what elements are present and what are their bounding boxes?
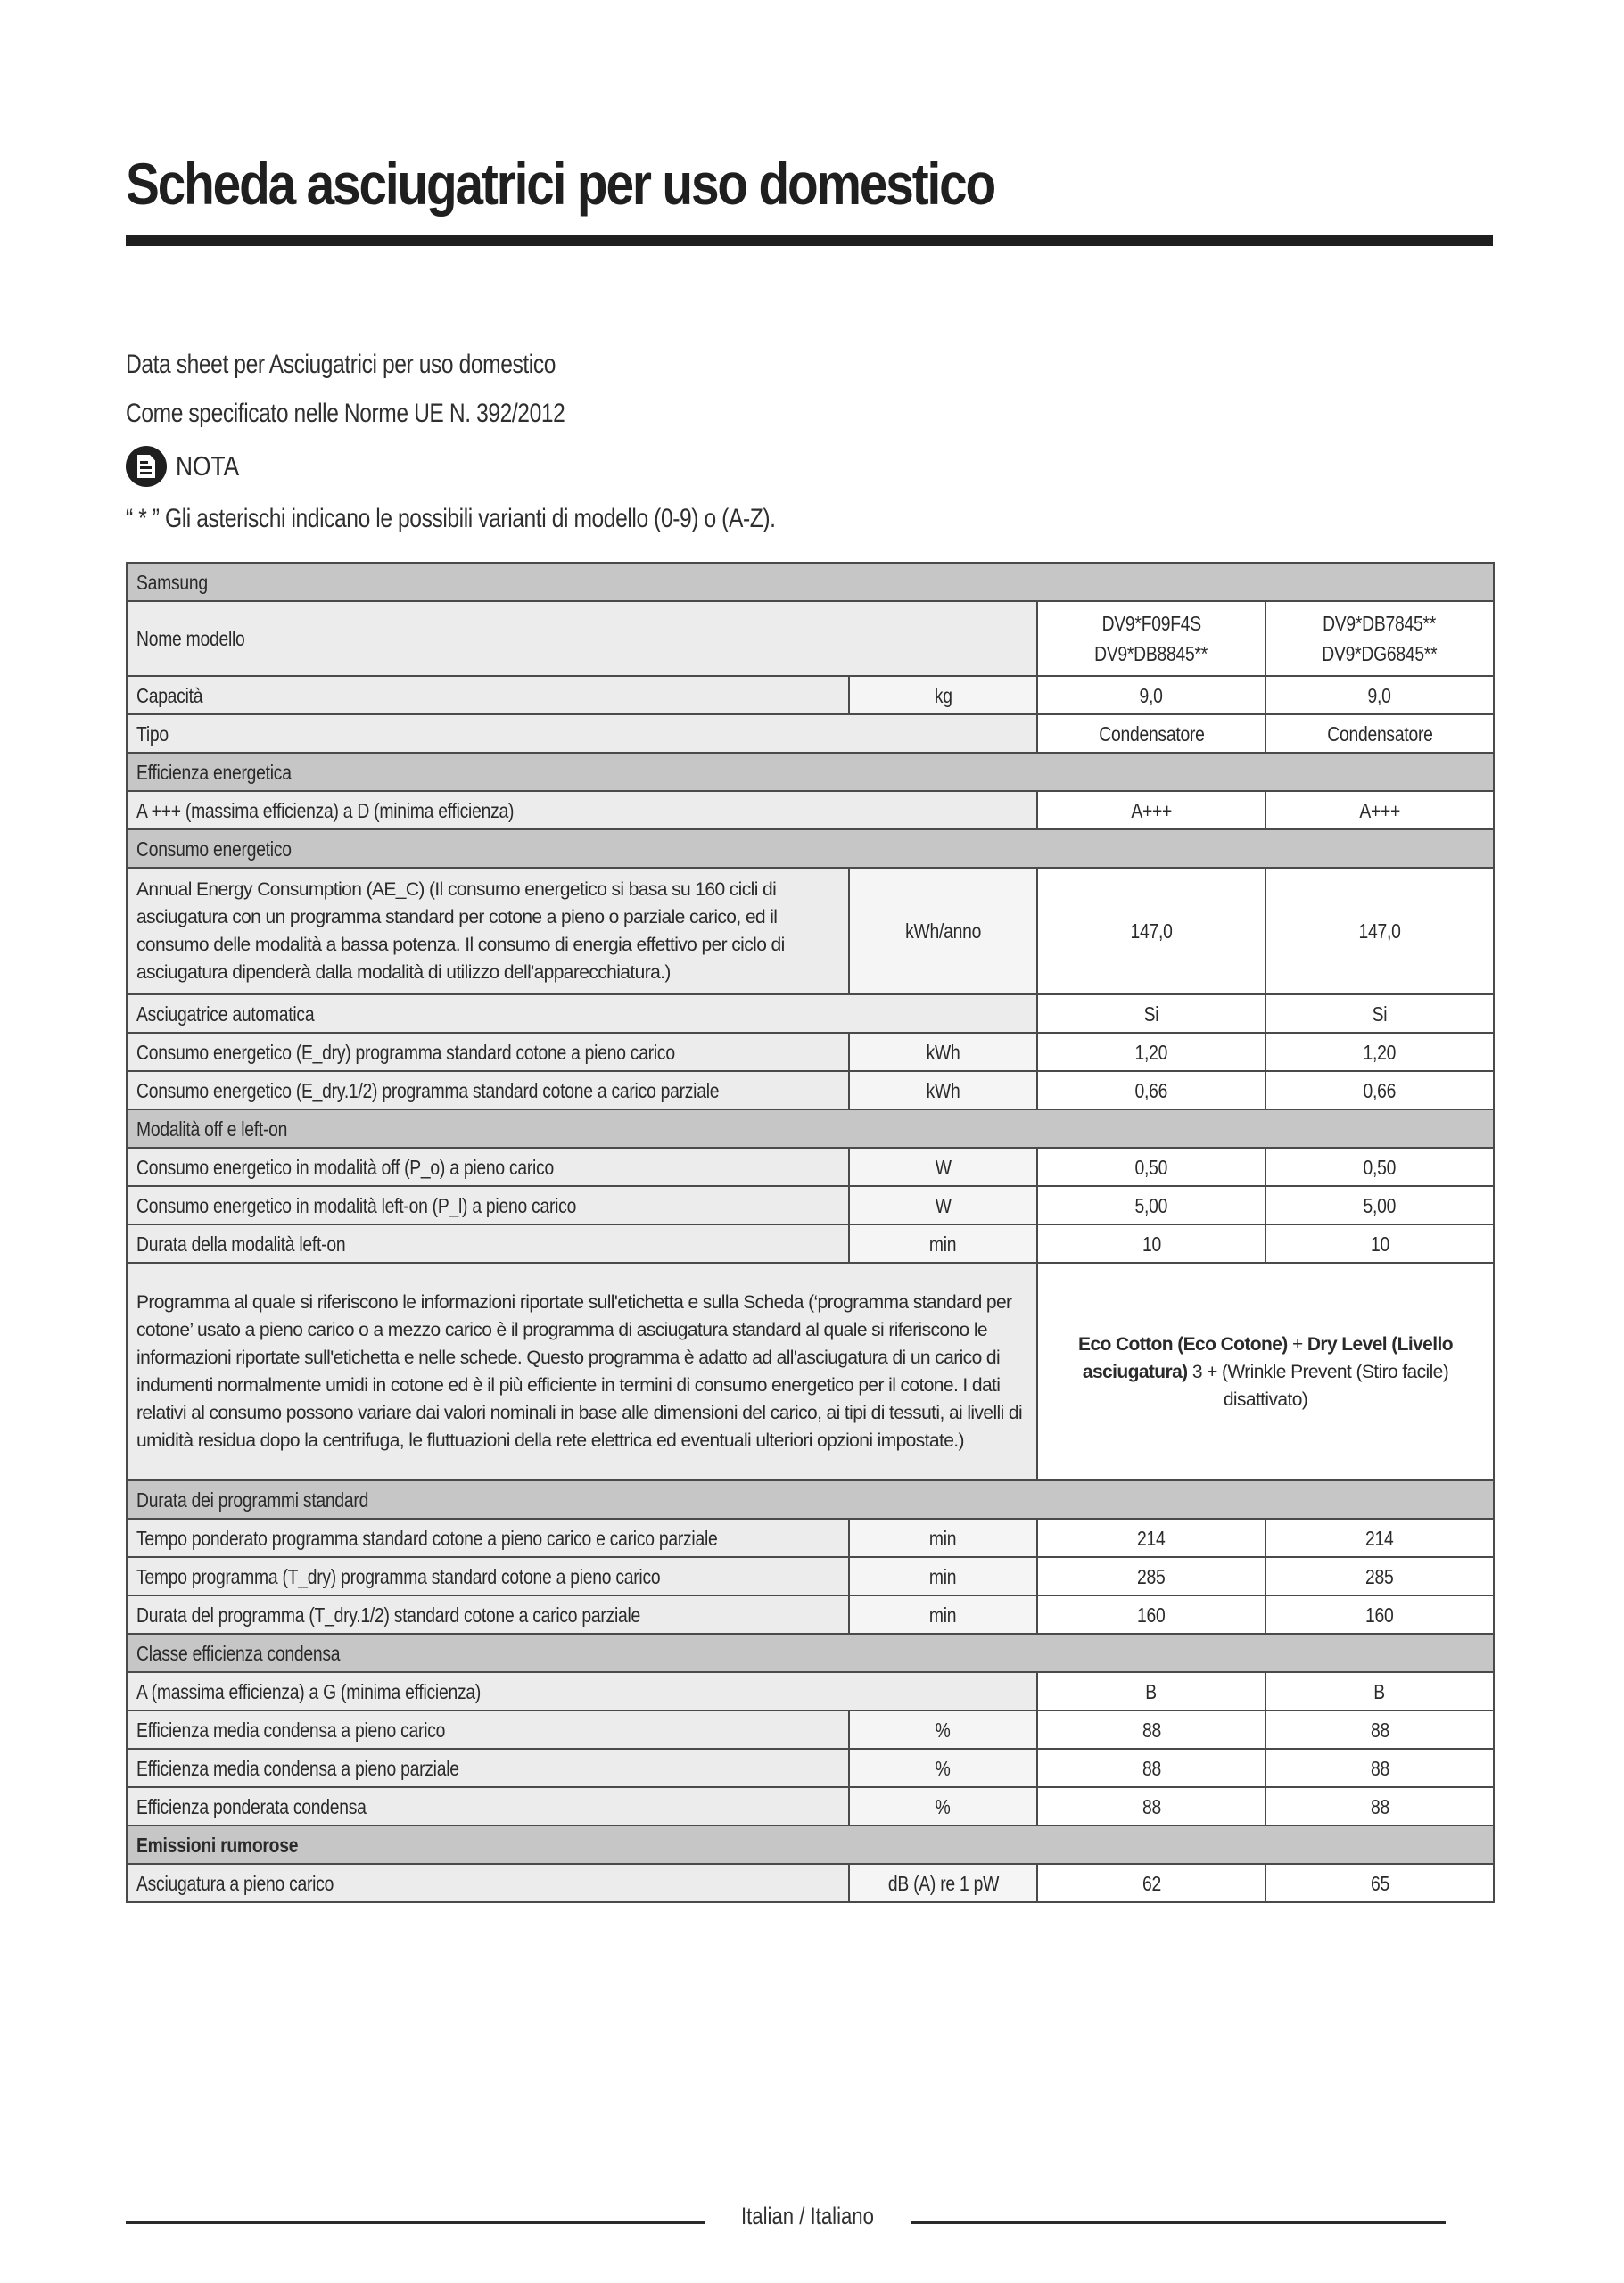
- row-unit: kWh/anno: [905, 916, 981, 946]
- row-label: A +++ (massima efficienza) a D (minima e…: [136, 795, 514, 826]
- row-value-2: 88: [1371, 1715, 1389, 1745]
- footer-rule-right: [911, 2221, 1446, 2224]
- table-row-model: Nome modello DV9*F09F4SDV9*DB8845** DV9*…: [127, 601, 1494, 676]
- row-value-1: Si: [1144, 999, 1159, 1029]
- row-value-2: B: [1374, 1677, 1386, 1707]
- row-label: Capacità: [136, 680, 202, 711]
- row-value-1: 9,0: [1140, 680, 1163, 711]
- row-value-2: 1,20: [1364, 1037, 1397, 1067]
- section-label: Classe efficienza condensa: [136, 1638, 340, 1669]
- row-value-1: 88: [1142, 1792, 1160, 1822]
- row-value-1: Condensatore: [1099, 719, 1204, 749]
- row-value-2: 88: [1371, 1792, 1389, 1822]
- table-row: Tipo Condensatore Condensatore: [127, 714, 1494, 753]
- row-value-2: 5,00: [1364, 1191, 1397, 1221]
- row-value-2: 160: [1365, 1600, 1393, 1630]
- row-label: Durata del programma (T_dry.1/2) standar…: [136, 1600, 640, 1630]
- table-row: Consumo energetico in modalità left-on (…: [127, 1186, 1494, 1224]
- row-unit: %: [936, 1753, 951, 1784]
- row-value-2: 88: [1371, 1753, 1389, 1784]
- section-row: Classe efficienza condensa: [127, 1634, 1494, 1672]
- title-underline: [126, 235, 1493, 246]
- row-label: Asciugatrice automatica: [136, 999, 314, 1029]
- section-row: Consumo energetico: [127, 829, 1494, 868]
- model-1-line-1: DV9*F09F4S: [1101, 608, 1200, 639]
- row-value-1: 5,00: [1135, 1191, 1168, 1221]
- row-value-2: 10: [1371, 1229, 1389, 1259]
- table-row: Tempo programma (T_dry) programma standa…: [127, 1557, 1494, 1595]
- row-label: Durata della modalità left-on: [136, 1229, 345, 1259]
- row-label: Consumo energetico in modalità off (P_o)…: [136, 1152, 554, 1183]
- table-row: Tempo ponderato programma standard coton…: [127, 1519, 1494, 1557]
- row-value-2: Si: [1373, 999, 1388, 1029]
- section-row: Emissioni rumorose: [127, 1826, 1494, 1864]
- intro-line-1: Data sheet per Asciugatrici per uso dome…: [126, 350, 556, 380]
- section-label: Emissioni rumorose: [136, 1830, 298, 1860]
- row-unit: %: [936, 1792, 951, 1822]
- row-unit: kWh: [927, 1076, 960, 1106]
- table-row: Consumo energetico (E_dry.1/2) programma…: [127, 1071, 1494, 1109]
- table-row: Durata del programma (T_dry.1/2) standar…: [127, 1595, 1494, 1634]
- row-unit: W: [935, 1191, 951, 1221]
- row-value-2: Condensatore: [1327, 719, 1432, 749]
- model-1-line-2: DV9*DB8845**: [1095, 639, 1208, 669]
- row-label: Tempo ponderato programma standard coton…: [136, 1523, 717, 1554]
- intro-line-2: Come specificato nelle Norme UE N. 392/2…: [126, 399, 565, 429]
- table-row: Efficienza media condensa a pieno parzia…: [127, 1749, 1494, 1787]
- row-value-2: 147,0: [1358, 916, 1400, 946]
- footer-rule-left: [126, 2221, 705, 2224]
- row-value-2: 0,66: [1364, 1076, 1397, 1106]
- row-unit: min: [929, 1600, 956, 1630]
- row-unit: dB (A) re 1 pW: [887, 1868, 998, 1899]
- section-row: Durata dei programmi standard: [127, 1480, 1494, 1519]
- table-row: A +++ (massima efficienza) a D (minima e…: [127, 791, 1494, 829]
- row-label: Tipo: [136, 719, 169, 749]
- table-row: Consumo energetico in modalità off (P_o)…: [127, 1148, 1494, 1186]
- row-label: Efficienza media condensa a pieno parzia…: [136, 1753, 459, 1784]
- row-value-2: 285: [1365, 1562, 1393, 1592]
- row-value-2: 0,50: [1364, 1152, 1397, 1183]
- row-value-1: 62: [1142, 1868, 1160, 1899]
- row-unit: kWh: [927, 1037, 960, 1067]
- row-label: Tempo programma (T_dry) programma standa…: [136, 1562, 660, 1592]
- row-unit: W: [935, 1152, 951, 1183]
- row-label: Annual Energy Consumption (AE_C) (Il con…: [136, 870, 839, 992]
- brand-label: Samsung: [136, 567, 208, 598]
- row-label: Consumo energetico (E_dry) programma sta…: [136, 1037, 675, 1067]
- program-name: Eco Cotton (Eco Cotone): [1078, 1334, 1288, 1355]
- footer-language: Italian / Italiano: [741, 2203, 874, 2230]
- note-document-icon: [126, 446, 167, 487]
- row-value-1: 147,0: [1130, 916, 1172, 946]
- row-value-1: 0,66: [1135, 1076, 1168, 1106]
- page-footer: Italian / Italiano: [126, 2203, 1437, 2238]
- row-value-1: 10: [1142, 1229, 1160, 1259]
- row-label: Efficienza ponderata condensa: [136, 1792, 367, 1822]
- table-row: Consumo energetico (E_dry) programma sta…: [127, 1033, 1494, 1071]
- row-value-2: 214: [1365, 1523, 1393, 1554]
- row-value-1: 88: [1142, 1753, 1160, 1784]
- row-unit: %: [936, 1715, 951, 1745]
- plus-sign: +: [1288, 1334, 1307, 1355]
- table-row: Annual Energy Consumption (AE_C) (Il con…: [127, 868, 1494, 994]
- table-row: A (massima efficienza) a G (minima effic…: [127, 1672, 1494, 1710]
- table-row: Capacità kg 9,0 9,0: [127, 676, 1494, 714]
- row-value-1: B: [1146, 1677, 1158, 1707]
- section-label: Consumo energetico: [136, 834, 292, 864]
- row-value-1: 0,50: [1135, 1152, 1168, 1183]
- program-options: 3 + (Wrinkle Prevent (Stiro facile) disa…: [1188, 1362, 1449, 1410]
- note-label: NOTA: [176, 450, 239, 482]
- row-value-1: 285: [1137, 1562, 1165, 1592]
- section-label: Durata dei programmi standard: [136, 1485, 368, 1515]
- section-row: Modalità off e left-on: [127, 1109, 1494, 1148]
- section-row: Efficienza energetica: [127, 753, 1494, 791]
- spec-table: Samsung Nome modello DV9*F09F4SDV9*DB884…: [126, 562, 1495, 1903]
- row-label: Consumo energetico in modalità left-on (…: [136, 1191, 576, 1221]
- table-row: Efficienza ponderata condensa % 88 88: [127, 1787, 1494, 1826]
- row-label: Programma al quale si riferiscono le inf…: [136, 1283, 1027, 1460]
- table-row: Asciugatrice automatica Si Si: [127, 994, 1494, 1033]
- note-heading: NOTA: [126, 446, 251, 487]
- row-label: Consumo energetico (E_dry.1/2) programma…: [136, 1076, 719, 1106]
- row-value-1: A+++: [1131, 795, 1172, 826]
- section-label: Efficienza energetica: [136, 757, 292, 787]
- row-label: A (massima efficienza) a G (minima effic…: [136, 1677, 481, 1707]
- note-text: “ * ” Gli asterischi indicano le possibi…: [126, 504, 776, 534]
- row-value-2: 65: [1371, 1868, 1389, 1899]
- row-value-2: A+++: [1359, 795, 1400, 826]
- row-value-1: 214: [1137, 1523, 1165, 1554]
- row-unit: min: [929, 1523, 956, 1554]
- section-label: Modalità off e left-on: [136, 1114, 287, 1144]
- row-unit: min: [929, 1229, 956, 1259]
- model-label: Nome modello: [136, 623, 245, 654]
- row-unit: min: [929, 1562, 956, 1592]
- row-value-1: 1,20: [1135, 1037, 1168, 1067]
- page-title: Scheda asciugatrici per uso domestico: [126, 150, 994, 218]
- standard-program-value: Eco Cotton (Eco Cotone) + Dry Level (Liv…: [1047, 1331, 1484, 1413]
- model-2-line-2: DV9*DG6845**: [1322, 639, 1437, 669]
- row-unit: kg: [935, 680, 952, 711]
- section-row: Samsung: [127, 563, 1494, 601]
- table-row: Durata della modalità left-on min 10 10: [127, 1224, 1494, 1263]
- table-row-programma: Programma al quale si riferiscono le inf…: [127, 1263, 1494, 1480]
- row-value-1: 160: [1137, 1600, 1165, 1630]
- row-value-2: 9,0: [1368, 680, 1391, 711]
- table-row: Efficienza media condensa a pieno carico…: [127, 1710, 1494, 1749]
- row-label: Efficienza media condensa a pieno carico: [136, 1715, 445, 1745]
- row-value-1: 88: [1142, 1715, 1160, 1745]
- model-2-line-1: DV9*DB7845**: [1323, 608, 1437, 639]
- table-row: Asciugatura a pieno carico dB (A) re 1 p…: [127, 1864, 1494, 1902]
- row-label: Asciugatura a pieno carico: [136, 1868, 334, 1899]
